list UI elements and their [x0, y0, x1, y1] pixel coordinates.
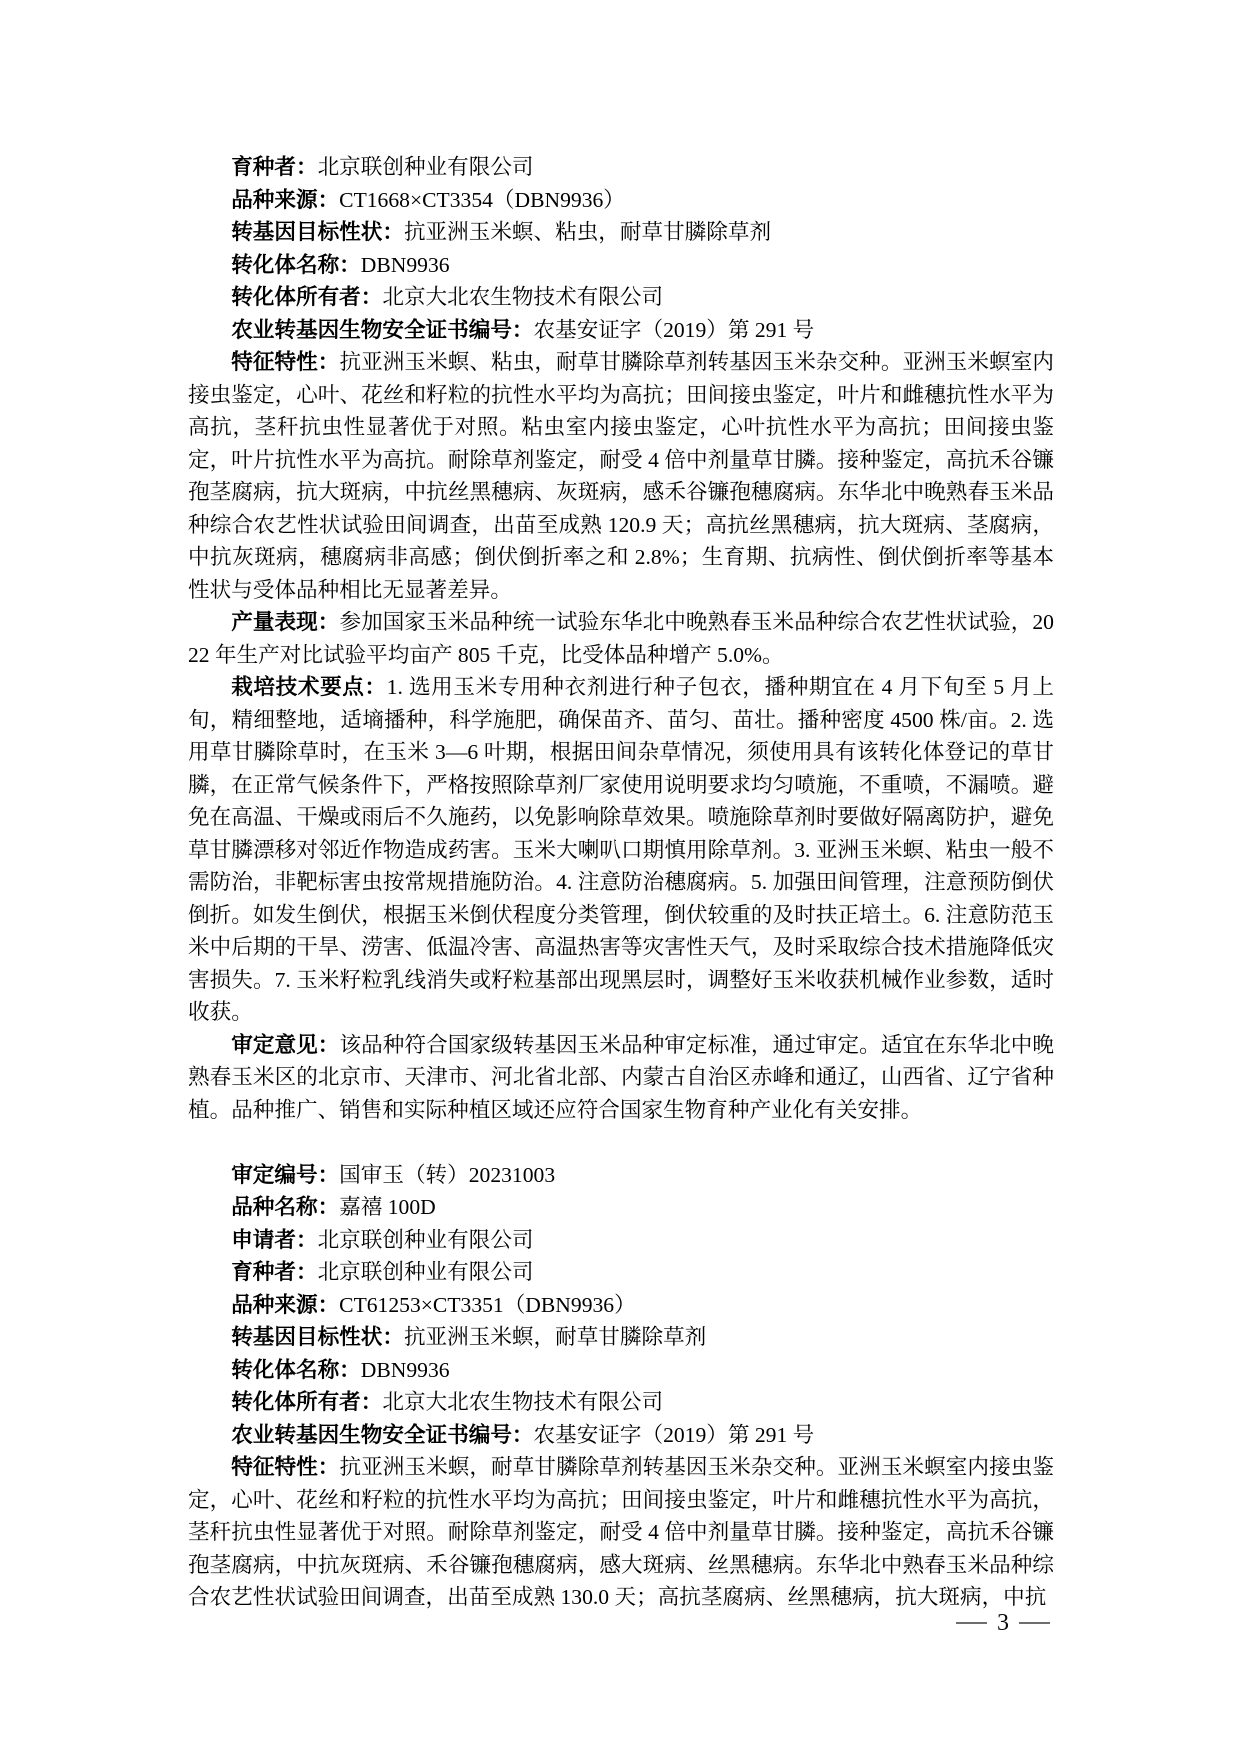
field-label: 农业转基因生物安全证书编号：: [231, 317, 533, 342]
field-value: 北京联创种业有限公司: [318, 1260, 534, 1284]
paragraph: 转基因目标性状：抗亚洲玉米螟、粘虫，耐草甘膦除草剂: [188, 216, 1054, 249]
paragraph: 审定编号：国审玉（转）20231003: [188, 1159, 1054, 1192]
field-label: 特征特性：: [231, 349, 339, 374]
footer-dash-left: [956, 1622, 987, 1624]
field-value: 国审玉（转）20231003: [339, 1163, 555, 1187]
field-value: 抗亚洲玉米螟、粘虫，耐草甘膦除草剂: [404, 220, 771, 244]
page-footer: 3: [956, 1608, 1050, 1638]
page-number: 3: [997, 1611, 1009, 1635]
field-label: 转基因目标性状：: [231, 219, 404, 244]
paragraph: 产量表现：参加国家玉米品种统一试验东华北中晚熟春玉米品种综合农艺性状试验，202…: [188, 606, 1054, 671]
field-label: 申请者：: [231, 1227, 317, 1252]
field-value: 北京联创种业有限公司: [318, 155, 534, 179]
paragraph: 育种者：北京联创种业有限公司: [188, 151, 1054, 184]
field-label: 农业转基因生物安全证书编号：: [231, 1422, 533, 1447]
field-value: CT61253×CT3351（DBN9936）: [339, 1293, 636, 1317]
paragraph: 转基因目标性状：抗亚洲玉米螟，耐草甘膦除草剂: [188, 1321, 1054, 1354]
field-label: 产量表现：: [231, 609, 339, 634]
field-value: 1. 选用玉米专用种衣剂进行种子包衣，播种期宜在 4 月下旬至 5 月上旬，精细…: [188, 675, 1054, 1024]
document-page: 育种者：北京联创种业有限公司品种来源：CT1668×CT3354（DBN9936…: [0, 0, 1240, 1754]
paragraph: 品种来源：CT61253×CT3351（DBN9936）: [188, 1289, 1054, 1322]
paragraph: 转化体名称：DBN9936: [188, 249, 1054, 282]
paragraph: 申请者：北京联创种业有限公司: [188, 1224, 1054, 1257]
field-label: 育种者：: [231, 1259, 317, 1284]
document-section: 育种者：北京联创种业有限公司品种来源：CT1668×CT3354（DBN9936…: [188, 151, 1054, 1126]
paragraph: 品种来源：CT1668×CT3354（DBN9936）: [188, 184, 1054, 217]
field-value: 农基安证字（2019）第 291 号: [534, 1423, 815, 1447]
paragraph: 特征特性：抗亚洲玉米螟，耐草甘膦除草剂转基因玉米杂交种。亚洲玉米螟室内接虫鉴定，…: [188, 1451, 1054, 1614]
paragraph: 特征特性：抗亚洲玉米螟、粘虫，耐草甘膦除草剂转基因玉米杂交种。亚洲玉米螟室内接虫…: [188, 346, 1054, 606]
field-value: 抗亚洲玉米螟，耐草甘膦除草剂: [404, 1325, 706, 1349]
field-value: 北京大北农生物技术有限公司: [382, 1390, 663, 1414]
field-label: 转基因目标性状：: [231, 1324, 404, 1349]
paragraph: 转化体名称：DBN9936: [188, 1354, 1054, 1387]
field-value: 农基安证字（2019）第 291 号: [534, 318, 815, 342]
paragraph: 转化体所有者：北京大北农生物技术有限公司: [188, 281, 1054, 314]
field-label: 审定编号：: [231, 1162, 339, 1187]
field-label: 育种者：: [231, 154, 317, 179]
paragraph: 育种者：北京联创种业有限公司: [188, 1256, 1054, 1289]
field-value: 北京联创种业有限公司: [318, 1228, 534, 1252]
field-label: 栽培技术要点：: [231, 674, 387, 699]
paragraph: 品种名称：嘉禧 100D: [188, 1191, 1054, 1224]
field-value: 北京大北农生物技术有限公司: [382, 285, 663, 309]
field-value: 嘉禧 100D: [339, 1195, 436, 1219]
field-label: 品种来源：: [231, 187, 339, 212]
field-label: 特征特性：: [231, 1454, 339, 1479]
paragraph: 农业转基因生物安全证书编号：农基安证字（2019）第 291 号: [188, 1419, 1054, 1452]
paragraph: 转化体所有者：北京大北农生物技术有限公司: [188, 1386, 1054, 1419]
paragraph: 农业转基因生物安全证书编号：农基安证字（2019）第 291 号: [188, 314, 1054, 347]
paragraph: 审定意见：该品种符合国家级转基因玉米品种审定标准，通过审定。适宜在东华北中晚熟春…: [188, 1029, 1054, 1127]
paragraph: 栽培技术要点：1. 选用玉米专用种衣剂进行种子包衣，播种期宜在 4 月下旬至 5…: [188, 671, 1054, 1029]
field-label: 转化体名称：: [231, 252, 361, 277]
field-value: DBN9936: [361, 1358, 450, 1382]
footer-dash-right: [1019, 1622, 1050, 1624]
document-content: 育种者：北京联创种业有限公司品种来源：CT1668×CT3354（DBN9936…: [188, 151, 1054, 1614]
field-label: 品种名称：: [231, 1194, 339, 1219]
field-label: 转化体名称：: [231, 1357, 361, 1382]
field-label: 品种来源：: [231, 1292, 339, 1317]
field-value: DBN9936: [361, 253, 450, 277]
field-value: 抗亚洲玉米螟、粘虫，耐草甘膦除草剂转基因玉米杂交种。亚洲玉米螟室内接虫鉴定，心叶…: [188, 350, 1054, 602]
field-label: 转化体所有者：: [231, 1389, 382, 1414]
document-section: 审定编号：国审玉（转）20231003品种名称：嘉禧 100D申请者：北京联创种…: [188, 1159, 1054, 1614]
field-value: CT1668×CT3354（DBN9936）: [339, 188, 625, 212]
field-label: 转化体所有者：: [231, 284, 382, 309]
field-label: 审定意见：: [231, 1032, 339, 1057]
